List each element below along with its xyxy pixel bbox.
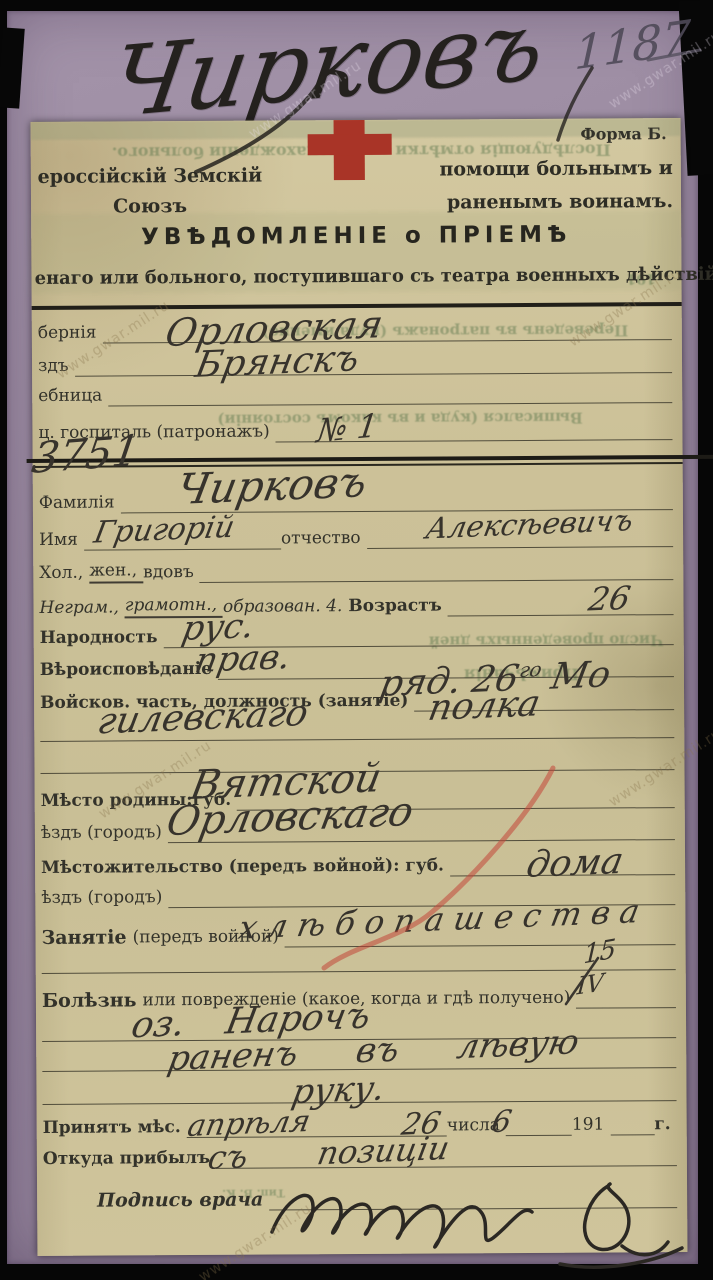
org-right-line1: помощи больнымъ и	[423, 152, 673, 187]
organization-name-left: ероссійскій Земскій Союзъ	[35, 161, 265, 222]
hospital-number-handwritten: № 1	[315, 406, 381, 450]
literacy-option-illiterate: Неграм.,	[39, 596, 125, 619]
form-type-label: Форма Б.	[580, 124, 666, 144]
unit-name-start: Мо	[548, 654, 614, 698]
residence-value-handwritten: дома	[523, 841, 627, 886]
org-left-line1: ероссійскій Земскій	[35, 161, 265, 192]
unit-number-ordinal: го	[518, 658, 544, 682]
name-value-handwritten: Григорій	[91, 510, 237, 551]
field-row-doctor-signature: Подпись врача	[97, 1182, 677, 1212]
form-title: УВѢДОМЛЕНІЕ о ПРІЕМѢ	[31, 221, 681, 251]
marital-option-single: Хол.,	[39, 562, 89, 584]
surname-value-handwritten: Чирковъ	[173, 457, 371, 514]
wound-date-day-handwritten: 15	[583, 934, 617, 971]
residence-gubernia-label: Мѣстожительство (передъ войной): губ.	[41, 854, 450, 878]
residence-uezd-label: ѣздъ (городъ)	[41, 886, 168, 909]
illness-label: Болѣзнь	[42, 989, 143, 1012]
field-row-ethnicity: Народность	[40, 619, 674, 649]
age-value-handwritten: 26	[586, 579, 634, 619]
org-left-line2: Союзъ	[35, 191, 265, 222]
arrived-from-label: Откуда прибылъ	[43, 1147, 216, 1170]
religion-label: Вѣроисповѣданіе	[40, 658, 218, 681]
admitted-label: Принятъ мѣс.	[43, 1116, 187, 1139]
organization-name-right: помощи больнымъ и раненымъ воинамъ.	[423, 152, 673, 220]
ethnicity-label: Народность	[40, 626, 164, 649]
marital-option-married-underlined: жен.,	[89, 559, 143, 583]
field-row-lechebnitsa: ебница	[38, 377, 672, 407]
surname-label: Фамилія	[39, 491, 121, 513]
doctor-signature-label: Подпись врача	[97, 1189, 269, 1212]
religion-value-handwritten: прав.	[192, 637, 294, 681]
uezd-value-handwritten: Брянскъ	[192, 338, 362, 386]
lechebnitsa-label: ебница	[38, 385, 108, 407]
field-row-literacy-age: Неграм., грамотн., образован. 4. Возраст…	[39, 589, 673, 619]
field-row-marital: Хол., жен., вдовъ	[39, 554, 673, 584]
admission-form-paper: Послѣдующія отмѣтки о мѣстонахожденіи бо…	[31, 118, 688, 1256]
admitted-year-printed: 191	[572, 1113, 611, 1135]
form-subtitle: енаго или больного, поступившаго съ теат…	[35, 264, 679, 289]
patronymic-label: отчество	[281, 527, 367, 550]
wound-date-month-handwritten: IV	[576, 968, 605, 1001]
scanned-document: Чирковъ 1187 Послѣдующія отмѣтки о мѣсто…	[0, 0, 713, 1280]
gubernia-label: бернія	[38, 322, 103, 344]
birthplace-uezd-label: ѣздъ (городъ)	[41, 821, 168, 844]
card-number-handwritten: 3751	[29, 425, 143, 483]
org-right-line2: раненымъ воинамъ.	[423, 185, 673, 220]
name-label: Имя	[39, 529, 84, 551]
age-label: Возрастъ	[348, 594, 448, 617]
admitted-year-suffix: г.	[654, 1113, 676, 1135]
marital-option-widowed: вдовъ	[143, 561, 200, 583]
field-row-blank	[42, 944, 676, 974]
red-cross-icon	[308, 120, 392, 181]
